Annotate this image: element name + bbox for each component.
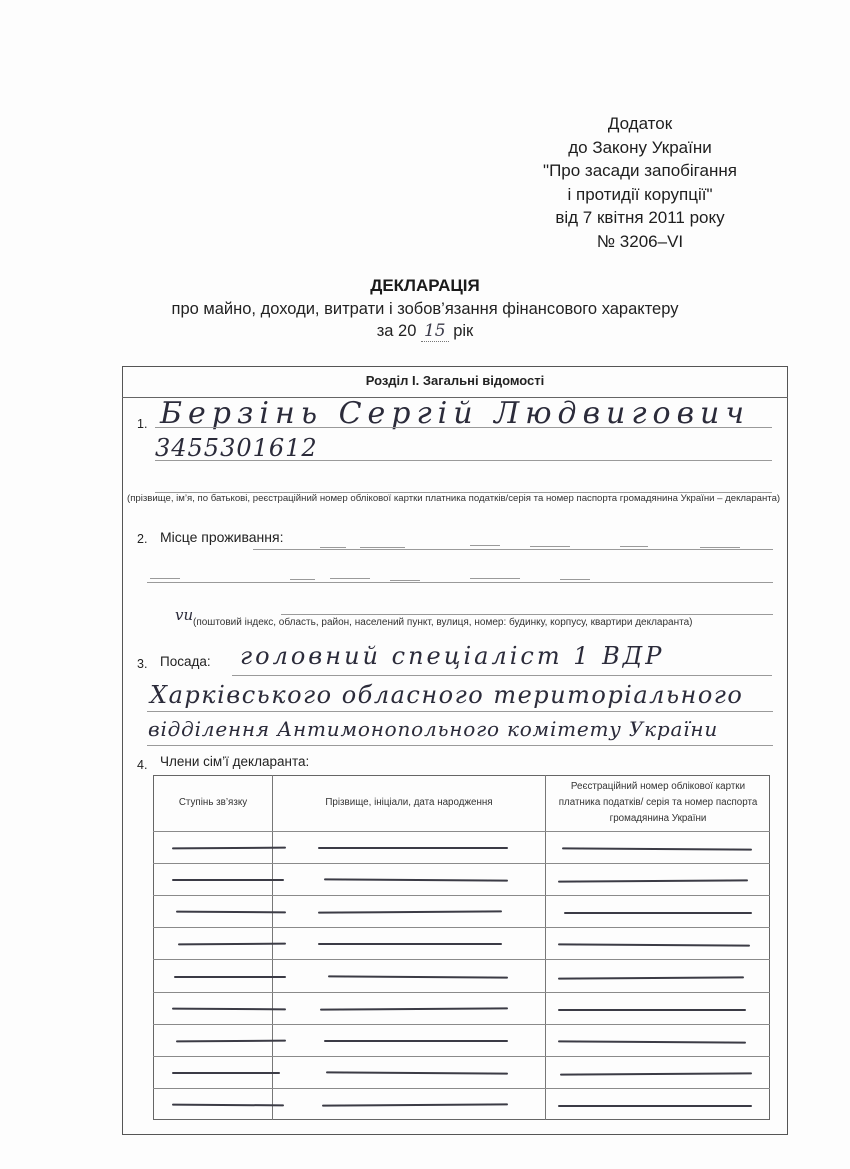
appendix-line: № 3206–VI <box>480 230 800 254</box>
fill-line <box>147 745 773 746</box>
empty-cell-dash <box>564 912 752 914</box>
residence-caption: (поштовий індекс, область, район, населе… <box>193 617 693 628</box>
item-number: 4. <box>137 758 147 772</box>
fill-line <box>232 675 772 676</box>
appendix-line: і протидії корупції" <box>480 183 800 207</box>
empty-cell-dash <box>318 847 508 849</box>
tax-number-handwritten: 3455301612 <box>155 434 318 462</box>
empty-cell-dash <box>318 943 502 945</box>
empty-cell-dash <box>324 1040 508 1042</box>
appendix-line: до Закону України <box>480 136 800 160</box>
position-label: Посада: <box>160 654 211 669</box>
fill-line <box>147 582 773 583</box>
family-members-label: Члени сім’ї декларанта: <box>160 754 309 769</box>
appendix-line: від 7 квітня 2011 року <box>480 206 800 230</box>
fill-line <box>147 711 773 712</box>
fill-line <box>253 549 773 550</box>
section-title: Розділ І. Загальні відомості <box>122 366 788 398</box>
position-line-handwritten: відділення Антимонопольного комітету Укр… <box>148 717 718 741</box>
residence-label: Місце проживання: <box>160 529 284 545</box>
column-header: Прізвище, ініціали, дата народження <box>273 776 545 830</box>
document-subtitle: про майно, доходи, витрати і зобов’язанн… <box>0 300 850 319</box>
declarant-name-handwritten: Берзінь Сергій Людвигович <box>160 396 750 431</box>
fill-line <box>155 427 772 428</box>
postal-index-fragment: vu <box>175 606 193 624</box>
empty-cell-dash <box>172 879 284 881</box>
appendix-line: Додаток <box>480 112 800 136</box>
item-number: 3. <box>137 657 147 671</box>
fill-line <box>281 614 773 615</box>
appendix-line: "Про засади запобігання <box>480 159 800 183</box>
item-number: 2. <box>137 532 147 546</box>
empty-cell-dash <box>558 1009 746 1011</box>
declaration-year: за 20 15 рік <box>0 321 850 341</box>
item-number: 1. <box>137 417 147 431</box>
year-handwritten: 15 <box>421 321 449 342</box>
year-prefix: за 20 <box>377 322 417 340</box>
year-suffix: рік <box>453 322 473 340</box>
document-title: ДЕКЛАРАЦІЯ <box>0 276 850 296</box>
declarant-caption: (прізвище, ім’я, по батькові, реєстрацій… <box>127 493 780 504</box>
position-line-handwritten: головний спеціаліст 1 ВДР <box>240 642 664 670</box>
position-line-handwritten: Харківського обласного територіального <box>150 681 743 709</box>
empty-cell-dash <box>558 1105 752 1107</box>
empty-cell-dash <box>174 976 286 978</box>
fill-line <box>155 460 772 461</box>
column-header: Ступінь зв’язку <box>154 776 272 830</box>
column-header: Реєстраційний номер облікової картки пла… <box>548 776 768 830</box>
empty-cell-dash <box>172 1072 280 1074</box>
appendix-reference: Додаток до Закону України "Про засади за… <box>480 112 800 253</box>
